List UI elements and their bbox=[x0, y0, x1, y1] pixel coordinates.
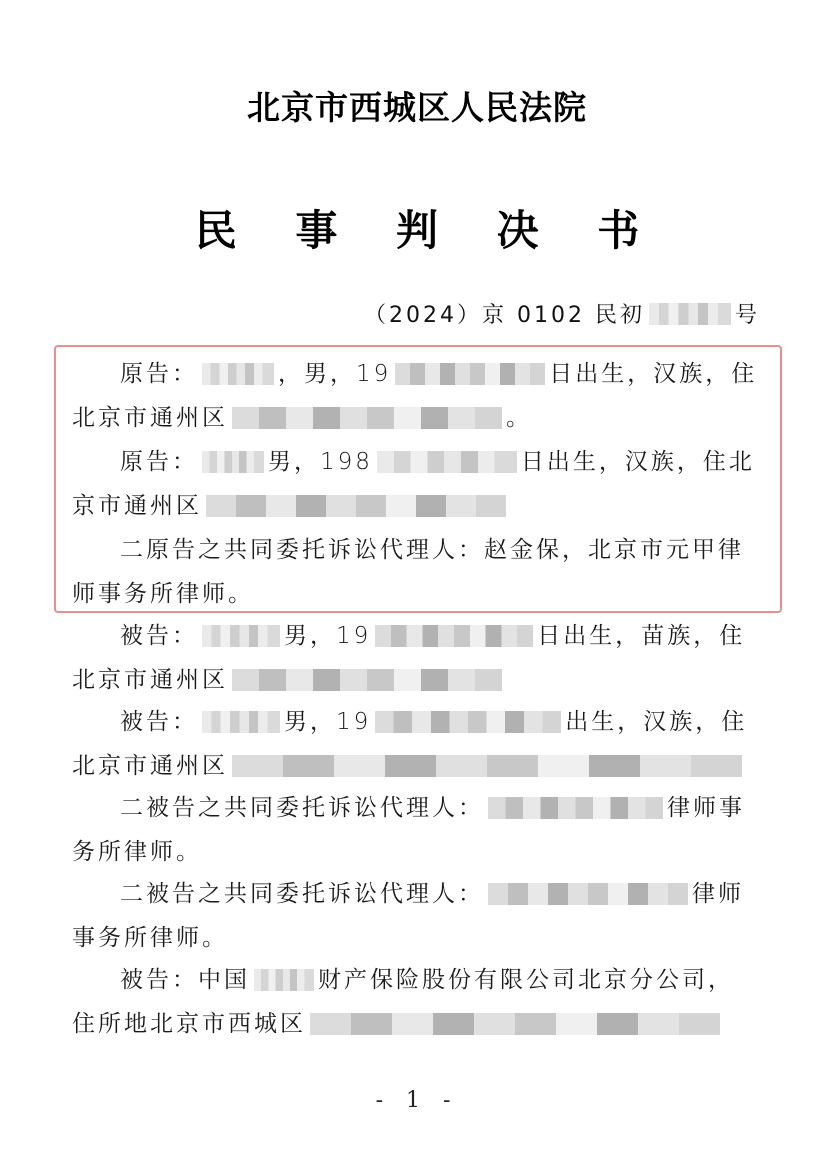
defendant-1-paragraph: 被告： 男，19 日出生，苗族，住 北京市通州区 bbox=[72, 614, 762, 702]
plaintiff-1-paragraph: 原告： ，男，19 日出生，汉族，住 北京市通州区 。 bbox=[72, 352, 762, 440]
plaintiff-1-line-2: 北京市通州区 。 bbox=[72, 396, 762, 440]
plaintiff-2-line-1: 原告： 男，198 日出生，汉族，住北 bbox=[72, 440, 762, 484]
birth-ethnicity: 日出生，汉族，住 bbox=[549, 352, 757, 396]
defendant-2-paragraph: 被告： 男，19 出生，汉族，住 北京市通州区 bbox=[72, 700, 762, 788]
redacted-address bbox=[206, 495, 506, 517]
redacted-name bbox=[202, 451, 264, 473]
agent-text-cont: 务所律师。 bbox=[72, 830, 202, 874]
address-prefix: 北京市通州区 bbox=[72, 744, 228, 788]
redacted-address bbox=[310, 1013, 720, 1035]
plaintiff-2-line-2: 京市通州区 bbox=[72, 484, 762, 528]
redacted-birthdate bbox=[375, 711, 561, 733]
agent-text: 二原告之共同委托诉讼代理人：赵金保，北京市元甲律 bbox=[120, 528, 744, 572]
party-label: 被告： bbox=[120, 700, 198, 744]
gender-birth: 男，19 bbox=[284, 700, 371, 744]
gender-birth: 男，19 bbox=[284, 614, 371, 658]
agent-label: 二被告之共同委托诉讼代理人： bbox=[120, 872, 484, 916]
case-number-prefix: （2024）京 0102 民初 bbox=[364, 298, 645, 329]
defendants-agent-2-line-2: 事务所律师。 bbox=[72, 916, 762, 960]
plaintiffs-agent-line-1: 二原告之共同委托诉讼代理人：赵金保，北京市元甲律 bbox=[72, 528, 762, 572]
agent-text-cont: 事务所律师。 bbox=[72, 916, 228, 960]
redacted-name bbox=[202, 711, 280, 733]
party-label: 被告： bbox=[120, 614, 198, 658]
company-name-suffix: 财产保险股份有限公司北京分公司， bbox=[318, 958, 734, 1002]
court-name: 北京市西城区人民法院 bbox=[0, 82, 834, 129]
address-prefix: 住所地北京市西城区 bbox=[72, 1002, 306, 1046]
plaintiff-1-line-1: 原告： ，男，19 日出生，汉族，住 bbox=[72, 352, 762, 396]
gender-birth: 男，198 bbox=[268, 440, 373, 484]
defendants-agent-1-line-2: 务所律师。 bbox=[72, 830, 762, 874]
redacted-name bbox=[202, 363, 274, 385]
case-number: （2024）京 0102 民初 号 bbox=[364, 298, 760, 329]
address-prefix: 北京市通州区 bbox=[72, 658, 228, 702]
party-label: 被告：中国 bbox=[120, 958, 250, 1002]
redacted-birthdate bbox=[395, 363, 545, 385]
redacted-company-name bbox=[254, 969, 314, 991]
defendant-2-line-2: 北京市通州区 bbox=[72, 744, 762, 788]
redacted-name bbox=[202, 625, 280, 647]
defendant-1-line-1: 被告： 男，19 日出生，苗族，住 bbox=[72, 614, 762, 658]
plaintiffs-agent-paragraph: 二原告之共同委托诉讼代理人：赵金保，北京市元甲律 师事务所律师。 bbox=[72, 528, 762, 616]
defendants-agent-1-line-1: 二被告之共同委托诉讼代理人： 律师事 bbox=[72, 786, 762, 830]
period: 。 bbox=[506, 396, 532, 440]
gender-birth: ，男，19 bbox=[278, 352, 391, 396]
agent-text-cont: 师事务所律师。 bbox=[72, 572, 254, 616]
defendants-agent-2-paragraph: 二被告之共同委托诉讼代理人： 律师 事务所律师。 bbox=[72, 872, 762, 960]
plaintiffs-agent-line-2: 师事务所律师。 bbox=[72, 572, 762, 616]
agent-firm-suffix: 律师事 bbox=[667, 786, 745, 830]
defendants-agent-1-paragraph: 二被告之共同委托诉讼代理人： 律师事 务所律师。 bbox=[72, 786, 762, 874]
redacted-address bbox=[232, 755, 742, 777]
defendant-3-line-2: 住所地北京市西城区 bbox=[72, 1002, 762, 1046]
defendant-3-paragraph: 被告：中国 财产保险股份有限公司北京分公司， 住所地北京市西城区 bbox=[72, 958, 762, 1046]
redacted-address bbox=[232, 669, 502, 691]
page-number: - 1 - bbox=[0, 1088, 834, 1113]
redacted-birthdate bbox=[375, 625, 533, 647]
plaintiff-2-paragraph: 原告： 男，198 日出生，汉族，住北 京市通州区 bbox=[72, 440, 762, 528]
defendants-agent-2-line-1: 二被告之共同委托诉讼代理人： 律师 bbox=[72, 872, 762, 916]
party-label: 原告： bbox=[120, 352, 198, 396]
address-prefix: 京市通州区 bbox=[72, 484, 202, 528]
defendant-2-line-1: 被告： 男，19 出生，汉族，住 bbox=[72, 700, 762, 744]
birth-ethnicity: 日出生，苗族，住 bbox=[537, 614, 745, 658]
defendant-1-line-2: 北京市通州区 bbox=[72, 658, 762, 702]
redacted-case-id bbox=[649, 303, 731, 325]
agent-label: 二被告之共同委托诉讼代理人： bbox=[120, 786, 484, 830]
birth-ethnicity: 出生，汉族，住 bbox=[565, 700, 747, 744]
party-label: 原告： bbox=[120, 440, 198, 484]
agent-firm-suffix: 律师 bbox=[692, 872, 744, 916]
address-prefix: 北京市通州区 bbox=[72, 396, 228, 440]
document-type-title: 民 事 判 决 书 bbox=[0, 198, 834, 258]
birth-ethnicity: 日出生，汉族，住北 bbox=[521, 440, 755, 484]
redacted-birthdate bbox=[377, 451, 517, 473]
redacted-address bbox=[232, 407, 502, 429]
redacted-agent-info bbox=[488, 883, 688, 905]
redacted-agent-info bbox=[488, 797, 663, 819]
case-number-suffix: 号 bbox=[735, 298, 760, 329]
defendant-3-line-1: 被告：中国 财产保险股份有限公司北京分公司， bbox=[72, 958, 762, 1002]
